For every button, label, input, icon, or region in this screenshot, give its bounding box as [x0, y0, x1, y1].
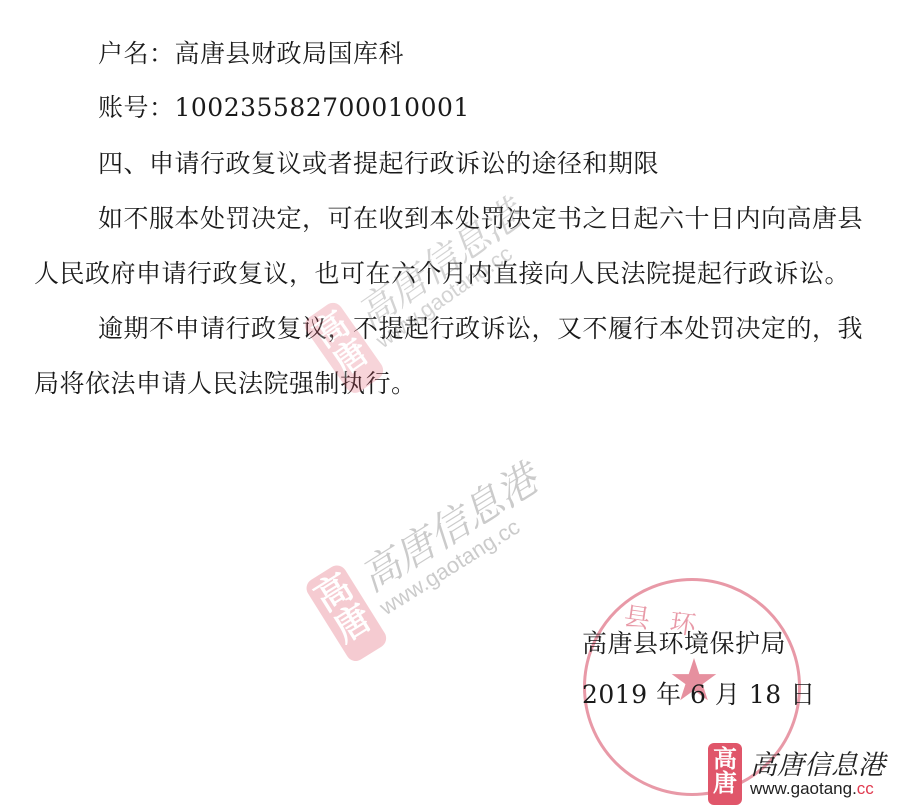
issuer-name: 高唐县环境保护局	[582, 624, 786, 660]
account-name-line: 户名：高唐县财政局国库科	[98, 34, 404, 70]
logo-name: 高唐信息港	[750, 743, 885, 782]
watermark-middle: 高唐 高唐信息港 www.gaotang.cc	[255, 360, 598, 678]
corner-watermark-logo: 高唐 高唐信息港 www.gaotang.cc	[708, 743, 900, 803]
logo-url: www.gaotang.cc	[750, 779, 874, 799]
issue-date: 2019 年 6 月 18 日	[582, 675, 816, 711]
logo-seal-icon: 高唐	[708, 743, 742, 805]
